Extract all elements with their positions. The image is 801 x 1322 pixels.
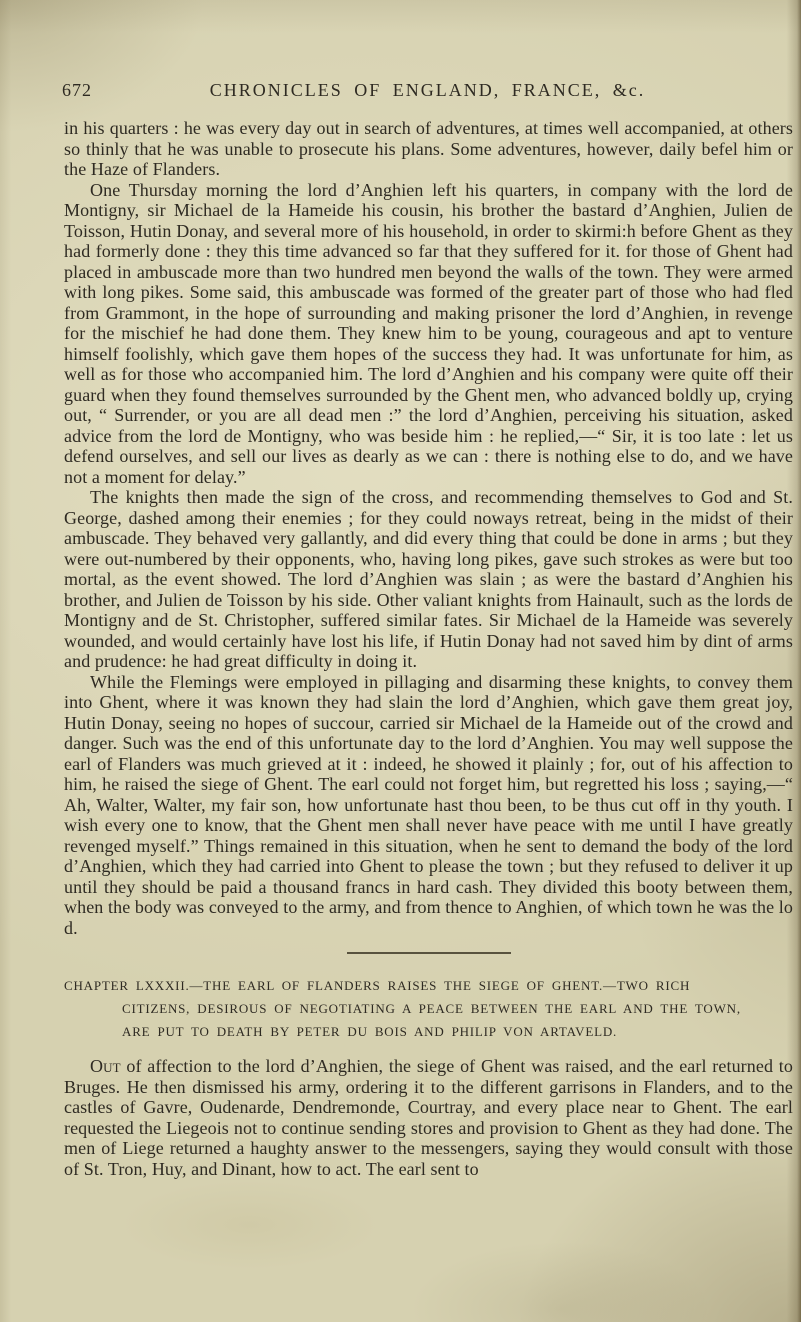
- text-column: in his quarters : he was every day out i…: [64, 118, 793, 1179]
- chapter-opening-paragraph: Out of affection to the lord d’Anghien, …: [64, 1056, 793, 1179]
- chapter-heading-line: ARE PUT TO DEATH BY PETER DU BOIS AND PH…: [122, 1020, 793, 1043]
- chapter-heading-line: CHAPTER LXXXII.—THE EARL OF FLANDERS RAI…: [64, 974, 793, 997]
- paragraph: The knights then made the sign of the cr…: [64, 487, 793, 672]
- book-page: 672 CHRONICLES OF ENGLAND, FRANCE, &c. i…: [0, 0, 801, 1322]
- paragraph: One Thursday morning the lord d’Anghien …: [64, 180, 793, 488]
- paragraph-continuation: in his quarters : he was every day out i…: [64, 118, 793, 180]
- section-divider-rule: [347, 952, 511, 954]
- chapter-heading: CHAPTER LXXXII.—THE EARL OF FLANDERS RAI…: [64, 974, 793, 1043]
- opening-paragraph-text: of affection to the lord d’Anghien, the …: [64, 1056, 793, 1179]
- paper-stain: [120, 1180, 380, 1270]
- chapter-heading-line: CITIZENS, DESIROUS OF NEGOTIATING A PEAC…: [122, 997, 793, 1020]
- opening-word: Out: [90, 1056, 121, 1076]
- paragraph: While the Flemings were employed in pill…: [64, 672, 793, 939]
- running-header-title: CHRONICLES OF ENGLAND, FRANCE, &c.: [64, 80, 791, 100]
